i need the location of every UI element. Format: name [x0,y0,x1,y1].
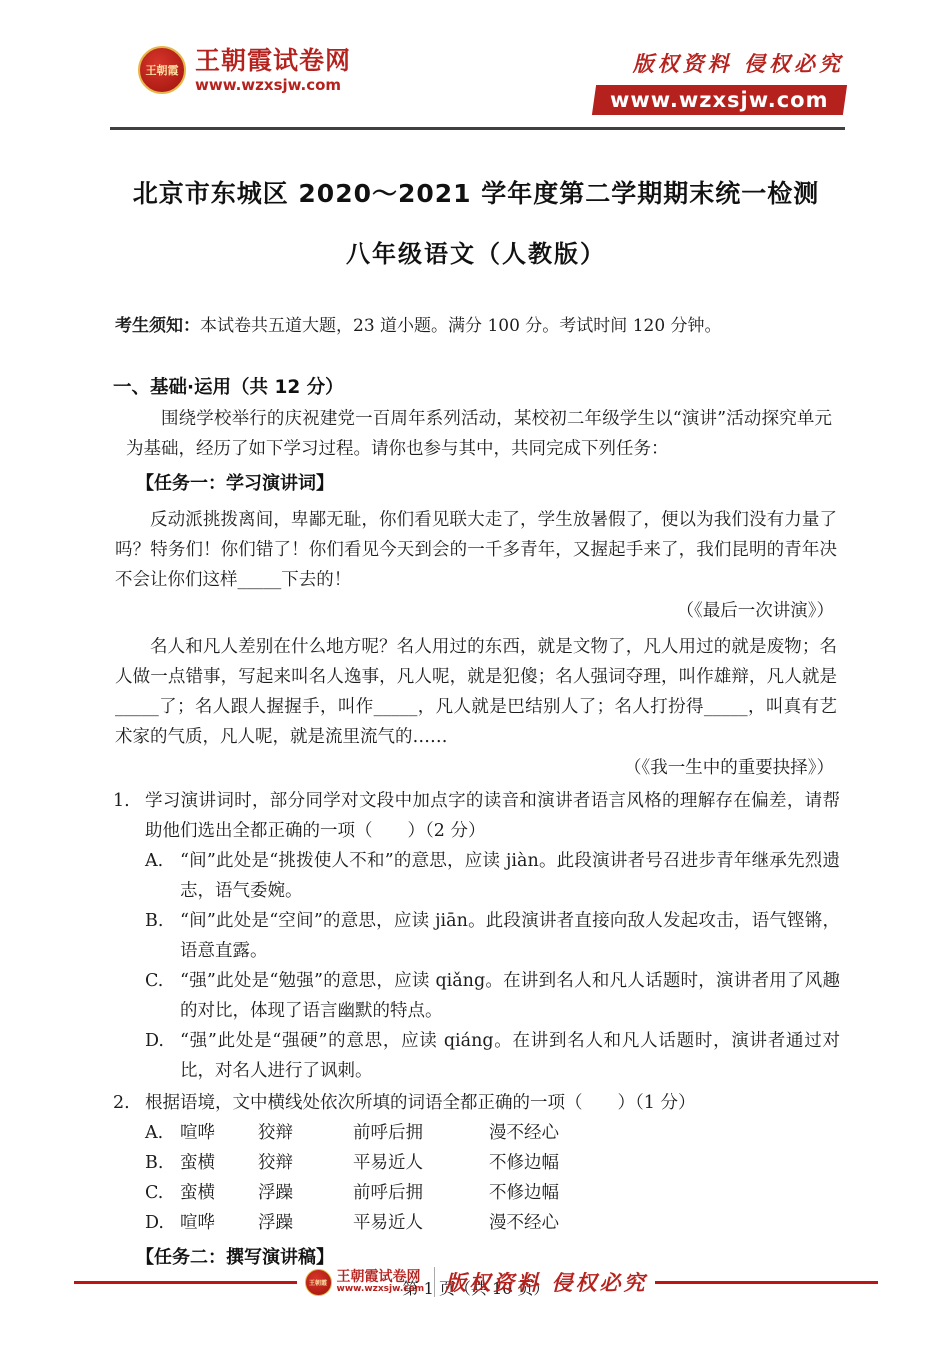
site-url: www.wzxsjw.com [337,1285,425,1294]
option-word-3: 前呼后拥 [353,1178,489,1208]
option-label: C. [145,966,180,1026]
option-word-1: 蛮横 [180,1148,258,1178]
copyright-slogan: 版权资料 侵权必究 [594,48,845,78]
option-text: “间”此处是“空间”的意思，应读 jiān。此段演讲者直接向敌人发起攻击，语气铿… [180,906,840,966]
question-1-option-b: B. “间”此处是“空间”的意思，应读 jiān。此段演讲者直接向敌人发起攻击，… [145,906,840,966]
option-text: “间”此处是“挑拨使人不和”的意思，应读 jiàn。此段演讲者号召进步青年继承先… [180,846,840,906]
option-label: D. [145,1026,180,1086]
question-2: 2. 根据语境，文中横线处依次所填的词语全都正确的一项（ ）（1 分） A. 喧… [113,1088,840,1238]
url-badge-text: www.wzxsjw.com [610,88,829,112]
option-word-1: 喧哗 [180,1118,258,1148]
page-header: 王朝霞 王朝霞试卷网 www.wzxsjw.com 版权资料 侵权必究 www.… [0,0,952,115]
option-label: B. [145,1148,180,1178]
notice-label: 考生须知： [115,316,200,336]
question-1-stem: 学习演讲词时，部分同学对文段中加点字的读音和演讲者语言风格的理解存在偏差，请帮助… [145,786,840,846]
option-word-3: 前呼后拥 [353,1118,489,1148]
site-logo: 王朝霞 王朝霞试卷网 www.wzxsjw.com [138,46,351,94]
passage-2: 名人和凡人差别在什么地方呢？名人用过的东西，就是文物了，凡人用过的就是废物；名人… [115,632,837,752]
question-2-option-a: A. 喧哗 狡辩 前呼后拥 漫不经心 [145,1118,840,1148]
notice-text: 本试卷共五道大题，23 道小题。满分 100 分。考试时间 120 分钟。 [200,316,722,336]
option-text: “强”此处是“强硬”的意思，应读 qiáng。在讲到名人和凡人话题时，演讲者通过… [180,1026,840,1086]
exam-subtitle: 八年级语文（人教版） [0,234,952,269]
section-intro: 围绕学校举行的庆祝建党一百周年系列活动，某校初二年级学生以“演讲”活动探究单元为… [126,404,832,464]
footer-logo-text: 王朝霞试卷网 www.wzxsjw.com [337,1270,425,1294]
site-name: 王朝霞试卷网 [195,47,351,75]
option-word-1: 喧哗 [180,1208,258,1238]
option-label: C. [145,1178,180,1208]
question-1-body: 学习演讲词时，部分同学对文段中加点字的读音和演讲者语言风格的理解存在偏差，请帮助… [145,786,840,1086]
question-2-number: 2. [113,1088,145,1238]
option-word-2: 狡辩 [258,1118,353,1148]
logo-text-block: 王朝霞试卷网 www.wzxsjw.com [195,47,351,93]
question-1-option-d: D. “强”此处是“强硬”的意思，应读 qiáng。在讲到名人和凡人话题时，演讲… [145,1026,840,1086]
question-2-option-c: C. 蛮横 浮躁 前呼后拥 不修边幅 [145,1178,840,1208]
option-word-4: 不修边幅 [489,1178,840,1208]
site-url: www.wzxsjw.com [195,77,351,94]
option-word-3: 平易近人 [353,1208,489,1238]
section-heading: 一、基础·运用（共 12 分） [113,373,952,399]
option-text: “强”此处是“勉强”的意思，应读 qiǎng。在讲到名人和凡人话题时，演讲者用了… [180,966,840,1026]
url-badge: www.wzxsjw.com [591,85,846,115]
option-label: B. [145,906,180,966]
passage-2-source: （《我一生中的重要抉择》） [115,752,834,784]
passage-1: 反动派挑拨离间，卑鄙无耻，你们看见联大走了，学生放暑假了，便以为我们没有力量了吗… [115,505,837,595]
header-right: 版权资料 侵权必究 www.wzxsjw.com [594,46,845,115]
passage-1-source: （《最后一次讲演》） [115,595,834,627]
footer-center: 王朝霞 王朝霞试卷网 www.wzxsjw.com 版权资料 侵权必究 [305,1267,648,1297]
option-word-1: 蛮横 [180,1178,258,1208]
exam-title: 北京市东城区 2020～2021 学年度第二学期期末统一检测 [0,174,952,210]
page-footer: 王朝霞 王朝霞试卷网 www.wzxsjw.com 版权资料 侵权必究 [0,1267,952,1297]
site-name: 王朝霞试卷网 [337,1270,425,1285]
brand-seal-icon: 王朝霞 [305,1269,332,1296]
header-rule [110,127,845,130]
question-1-option-a: A. “间”此处是“挑拨使人不和”的意思，应读 jiàn。此段演讲者号召进步青年… [145,846,840,906]
question-2-body: 根据语境，文中横线处依次所填的词语全都正确的一项（ ）（1 分） A. 喧哗 狡… [145,1088,840,1238]
task1-label: 【任务一：学习演讲词】 [136,468,952,500]
option-word-4: 漫不经心 [489,1208,840,1238]
option-label: D. [145,1208,180,1238]
question-1: 1. 学习演讲词时，部分同学对文段中加点字的读音和演讲者语言风格的理解存在偏差，… [113,786,840,1086]
option-word-4: 漫不经心 [489,1118,840,1148]
question-2-option-d: D. 喧哗 浮躁 平易近人 漫不经心 [145,1208,840,1238]
option-label: A. [145,1118,180,1148]
footer-rule-left [74,1281,297,1284]
question-1-option-c: C. “强”此处是“勉强”的意思，应读 qiǎng。在讲到名人和凡人话题时，演讲… [145,966,840,1026]
option-word-4: 不修边幅 [489,1148,840,1178]
option-word-2: 狡辩 [258,1148,353,1178]
question-2-stem: 根据语境，文中横线处依次所填的词语全都正确的一项（ ）（1 分） [145,1088,840,1118]
option-label: A. [145,846,180,906]
option-word-3: 平易近人 [353,1148,489,1178]
question-2-option-b: B. 蛮横 狡辩 平易近人 不修边幅 [145,1148,840,1178]
exam-page: 王朝霞 王朝霞试卷网 www.wzxsjw.com 版权资料 侵权必究 www.… [0,0,952,1347]
option-word-2: 浮躁 [258,1208,353,1238]
copyright-slogan: 版权资料 侵权必究 [445,1267,647,1297]
question-1-number: 1. [113,786,145,1086]
candidate-notice: 考生须知：本试卷共五道大题，23 道小题。满分 100 分。考试时间 120 分… [115,313,834,339]
option-word-2: 浮躁 [258,1178,353,1208]
footer-rule-right [655,1281,878,1284]
brand-seal-icon: 王朝霞 [138,46,186,94]
footer-divider [434,1267,435,1297]
